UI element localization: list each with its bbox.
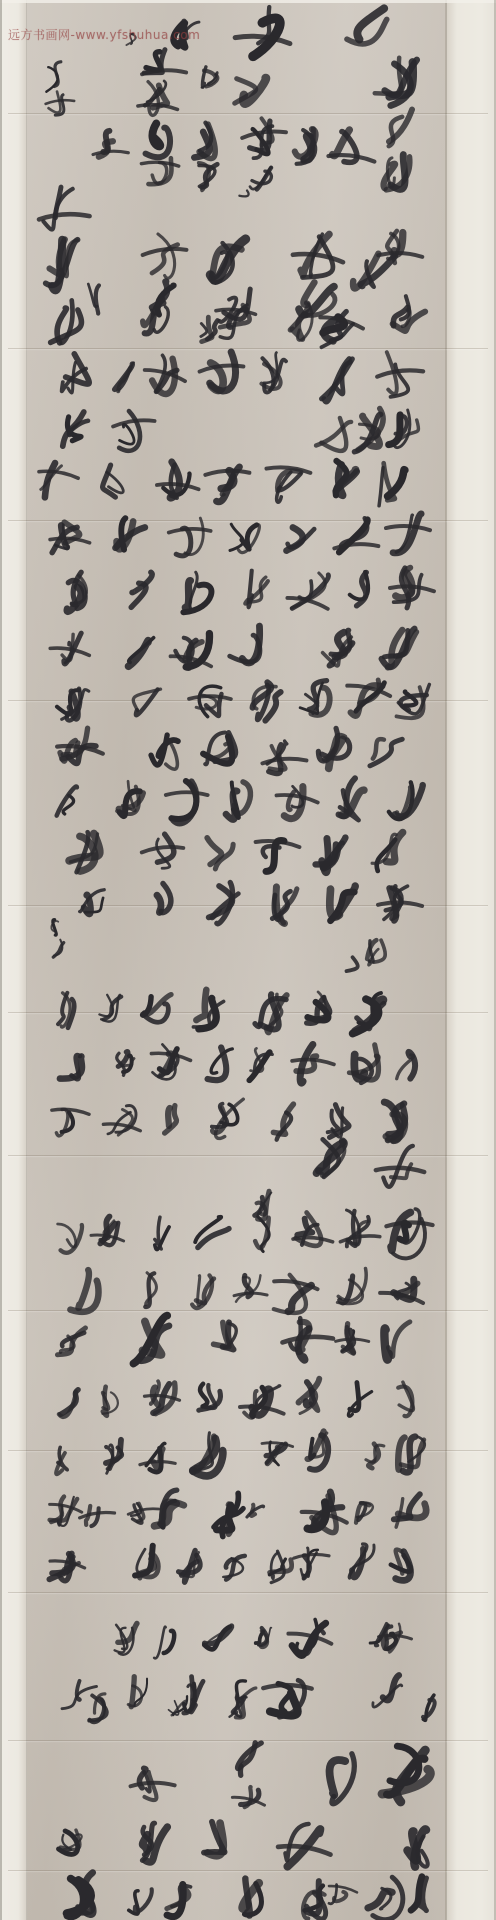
ink-cluster (291, 231, 346, 281)
ink-cluster (139, 832, 186, 872)
ink-cluster (192, 989, 225, 1029)
ink-cluster (204, 1621, 232, 1652)
ink-cluster (80, 886, 105, 917)
ink-cluster (293, 1212, 333, 1246)
ink-stroke (293, 253, 344, 263)
ink-cluster (209, 234, 245, 286)
ink-cluster (42, 62, 64, 92)
ink-stroke (141, 844, 183, 855)
ink-cluster (99, 993, 121, 1022)
ink-cluster (130, 1545, 160, 1579)
ink-cluster (53, 940, 64, 958)
ink-stroke (63, 1879, 93, 1914)
ink-cluster (307, 991, 333, 1026)
ink-cluster (189, 1274, 217, 1309)
ink-cluster (111, 363, 137, 392)
ink-stroke (383, 1113, 407, 1141)
ink-cluster (156, 461, 199, 499)
watermark-text: 远方书画网-www.yfshuhua.com (8, 26, 200, 43)
ink-cluster (373, 347, 426, 399)
ink-stroke (383, 1328, 390, 1359)
ink-cluster (390, 567, 435, 608)
ink-cluster (252, 1191, 274, 1221)
ink-cluster (223, 1552, 246, 1582)
ink-cluster (115, 1051, 134, 1077)
ink-cluster (371, 830, 402, 873)
ink-cluster (50, 522, 90, 554)
ink-cluster (203, 731, 238, 766)
ink-cluster (371, 459, 411, 505)
ink-cluster (143, 1380, 180, 1415)
ink-stroke (113, 410, 143, 453)
ink-cluster (115, 1623, 137, 1655)
ink-cluster (293, 1545, 332, 1579)
ink-cluster (324, 884, 361, 921)
ink-cluster (206, 834, 236, 869)
ink-cluster (141, 158, 179, 185)
ink-stroke (115, 367, 133, 391)
ink-stroke (195, 990, 208, 1020)
ink-cluster (149, 1043, 192, 1082)
ink-cluster (51, 300, 82, 343)
ink-cluster (389, 410, 419, 448)
ink-cluster (55, 786, 79, 815)
ink-cluster (70, 1268, 103, 1315)
ink-cluster (48, 1551, 87, 1584)
ink-cluster (381, 626, 417, 670)
ink-cluster (42, 238, 83, 291)
ink-cluster (245, 570, 269, 607)
ink-cluster (387, 110, 414, 147)
ink-cluster (299, 1488, 352, 1536)
ink-cluster (225, 519, 264, 555)
ink-stroke (157, 232, 177, 279)
ink-cluster (89, 1694, 107, 1722)
ink-stroke (166, 791, 208, 797)
ink-cluster (327, 1104, 350, 1137)
ink-cluster (57, 1323, 85, 1359)
ink-cluster (396, 1052, 416, 1079)
ink-cluster (286, 525, 314, 554)
ink-cluster (59, 412, 91, 447)
ink-cluster (129, 1766, 175, 1802)
ink-cluster (411, 1876, 430, 1912)
ink-cluster (421, 1695, 436, 1720)
ink-cluster (60, 572, 90, 612)
ink-stroke (101, 465, 116, 498)
ink-cluster (196, 1382, 222, 1410)
ink-cluster (280, 1314, 336, 1363)
ink-cluster (374, 56, 417, 107)
ink-cluster (50, 1108, 89, 1137)
ink-cluster (211, 1099, 246, 1139)
ink-cluster (381, 1100, 409, 1142)
ink-cluster (168, 517, 213, 557)
ink-cluster (315, 835, 345, 874)
ink-cluster (251, 1214, 275, 1252)
ink-cluster (349, 571, 369, 606)
ink-cluster (335, 1205, 381, 1249)
ink-cluster (138, 1443, 176, 1474)
ink-stroke (39, 470, 79, 478)
ink-stroke (389, 415, 401, 445)
ink-stroke (51, 62, 64, 87)
ink-cluster (234, 77, 267, 104)
ink-cluster (169, 627, 217, 672)
ink-cluster (356, 1502, 374, 1525)
ink-cluster (369, 738, 403, 766)
ink-stroke (45, 462, 55, 498)
ink-cluster (115, 517, 146, 553)
ink-stroke (104, 995, 122, 1020)
ink-cluster (197, 350, 247, 394)
ink-stroke (346, 957, 358, 971)
ink-cluster (335, 778, 367, 823)
ink-stroke (157, 895, 161, 912)
ink-cluster (320, 626, 355, 669)
ink-stroke (39, 211, 90, 222)
ink-cluster (383, 153, 410, 191)
ink-cluster (111, 407, 159, 453)
ink-cluster (140, 1272, 159, 1308)
ink-cluster (66, 831, 101, 873)
ink-cluster (404, 1829, 431, 1869)
ink-cluster (115, 780, 144, 816)
ink-cluster (58, 1829, 82, 1855)
ink-cluster (328, 1754, 356, 1804)
ink-stroke (290, 315, 310, 341)
ink-cluster (206, 882, 241, 925)
ink-cluster (388, 781, 423, 821)
ink-stroke (69, 691, 78, 719)
ink-cluster (375, 1146, 424, 1187)
ink-cluster (129, 569, 153, 610)
ink-stroke (117, 423, 135, 446)
ink-cluster (380, 1274, 427, 1304)
ink-cluster (346, 957, 358, 971)
ink-cluster (347, 7, 387, 44)
ink-stroke (166, 1889, 189, 1909)
ink-cluster (378, 230, 423, 263)
ink-stroke (252, 170, 272, 184)
ink-stroke (182, 518, 206, 555)
ink-cluster (150, 734, 180, 770)
ink-cluster (254, 839, 300, 873)
ink-cluster (378, 886, 423, 922)
ink-cluster (263, 1680, 313, 1718)
ink-stroke (372, 1681, 402, 1711)
ink-cluster (342, 675, 392, 722)
ink-cluster (101, 464, 124, 498)
ink-cluster (326, 1883, 358, 1908)
ink-cluster (353, 992, 384, 1035)
ink-cluster (233, 1274, 268, 1302)
ink-cluster (385, 1208, 435, 1260)
ink-stroke (326, 888, 340, 917)
ink-cluster (265, 1549, 295, 1583)
ink-cluster (276, 1821, 333, 1870)
ink-cluster (131, 685, 161, 718)
ink-cluster (199, 66, 219, 88)
ink-cluster (177, 1550, 202, 1583)
ink-cluster (157, 883, 171, 912)
ink-cluster (320, 359, 353, 402)
ink-cluster (135, 1821, 174, 1864)
ink-cluster (372, 1672, 403, 1711)
ink-cluster (100, 1386, 119, 1416)
ink-cluster (55, 1219, 87, 1254)
ink-cluster (44, 89, 76, 117)
ink-cluster (237, 1743, 262, 1776)
ink-stroke (372, 739, 385, 759)
ink-cluster (36, 461, 79, 500)
ink-stroke (145, 52, 162, 71)
ink-stroke (294, 1552, 329, 1560)
ink-cluster (265, 467, 310, 504)
ink-stroke (376, 1167, 424, 1172)
ink-cluster (252, 993, 290, 1034)
ink-stroke (152, 162, 167, 183)
ink-stroke (286, 527, 304, 553)
ink-stroke (239, 190, 249, 197)
ink-cluster (100, 1440, 127, 1474)
ink-cluster (141, 352, 190, 397)
ink-cluster (138, 80, 179, 116)
ink-cluster (166, 1884, 191, 1917)
ink-stroke (184, 581, 192, 608)
ink-stroke (248, 571, 253, 608)
ink-cluster (348, 1382, 373, 1419)
ink-cluster (249, 1048, 272, 1080)
ink-cluster (239, 190, 249, 197)
ink-stroke (49, 1503, 82, 1512)
ink-cluster (349, 1543, 374, 1579)
ink-cluster (392, 1490, 429, 1532)
ink-cluster (382, 1745, 432, 1803)
ink-cluster (252, 682, 281, 721)
ink-cluster (366, 939, 386, 965)
ink-cluster (328, 129, 376, 164)
ink-cluster (383, 1320, 410, 1360)
ink-cluster (285, 568, 334, 616)
ink-cluster (165, 780, 209, 824)
ink-cluster (231, 1784, 267, 1811)
ink-cluster (128, 635, 154, 669)
ink-cluster (398, 1436, 426, 1472)
calligraphy-scroll-photo: 远方书画网-www.yfshuhua.com (0, 0, 496, 1920)
ink-cluster (261, 1441, 293, 1465)
ink-cluster (211, 1493, 245, 1537)
ink-stroke (97, 141, 114, 157)
ink-cluster (160, 1106, 179, 1134)
ink-cluster (363, 1442, 387, 1469)
ink-cluster (260, 739, 307, 776)
ink-cluster (291, 1044, 334, 1084)
ink-cluster (206, 1047, 233, 1080)
ink-cluster (198, 163, 217, 191)
ink-cluster (181, 571, 212, 612)
ink-cluster (128, 1315, 173, 1363)
ink-cluster (386, 514, 430, 553)
ink-cluster (255, 1626, 271, 1649)
ink-cluster (347, 1045, 381, 1084)
ink-stroke (364, 1443, 381, 1469)
ink-cluster (331, 517, 378, 553)
ink-cluster (335, 1323, 370, 1355)
ink-cluster (266, 883, 304, 926)
ink-cluster (204, 1821, 230, 1857)
ink-cluster (59, 1388, 78, 1418)
ink-cluster (51, 920, 58, 936)
ink-cluster (316, 1139, 345, 1178)
ink-cluster (285, 1615, 335, 1660)
ink-cluster (389, 1549, 414, 1581)
ink-cluster (367, 1874, 406, 1920)
ink-cluster (271, 1273, 319, 1316)
ink-cluster (188, 685, 231, 717)
ink-cluster (61, 353, 93, 396)
ink-cluster (88, 282, 103, 314)
ink-cluster (192, 1431, 227, 1479)
ink-cluster (128, 1887, 152, 1915)
ink-cluster (197, 315, 222, 341)
ink-cluster (392, 295, 428, 334)
ink-cluster (49, 630, 92, 667)
ink-cluster (140, 48, 186, 77)
ink-stroke (131, 1677, 134, 1707)
ink-cluster (239, 1382, 286, 1421)
ink-cluster (297, 1379, 322, 1414)
ink-stroke (94, 285, 103, 313)
ink-cluster (247, 1505, 264, 1518)
calligraphy-ink (0, 0, 496, 1920)
ink-cluster (396, 680, 429, 721)
ink-cluster (62, 1873, 98, 1918)
ink-stroke (210, 1049, 233, 1073)
ink-cluster (128, 1677, 147, 1707)
ink-cluster (250, 166, 272, 191)
ink-cluster (78, 1502, 116, 1528)
ink-cluster (228, 626, 263, 664)
ink-cluster (238, 1876, 265, 1916)
ink-cluster (46, 1493, 84, 1529)
ink-cluster (91, 129, 129, 157)
ink-cluster (145, 123, 171, 158)
ink-cluster (274, 784, 319, 822)
ink-cluster (36, 184, 91, 231)
ink-cluster (239, 115, 289, 160)
ink-cluster (301, 1879, 333, 1920)
ink-cluster (56, 688, 90, 721)
ink-cluster (53, 991, 78, 1029)
ink-stroke (65, 353, 93, 384)
ink-cluster (56, 1447, 68, 1474)
scroll-top-edge (0, 0, 496, 3)
ink-cluster (194, 1213, 230, 1252)
ink-cluster (398, 1382, 414, 1417)
ink-cluster (273, 1104, 293, 1140)
ink-stroke (152, 123, 162, 146)
ink-cluster (294, 128, 316, 165)
ink-cluster (142, 991, 171, 1023)
ink-cluster (213, 1322, 237, 1351)
ink-cluster (316, 416, 352, 451)
ink-cluster (304, 1431, 332, 1471)
ink-cluster (234, 5, 292, 58)
ink-stroke (198, 1224, 229, 1252)
ink-stroke (103, 1123, 141, 1131)
ink-cluster (126, 1499, 161, 1526)
ink-stroke (225, 522, 245, 550)
ink-stroke (300, 1044, 313, 1083)
ink-stroke (78, 1270, 90, 1309)
ink-stroke (388, 1212, 413, 1250)
ink-cluster (56, 725, 106, 766)
ink-cluster (335, 461, 357, 496)
ink-cluster (189, 122, 216, 161)
ink-cluster (334, 1268, 368, 1305)
ink-cluster (102, 1103, 143, 1138)
ink-cluster (59, 1055, 83, 1081)
ink-cluster (316, 726, 353, 772)
ink-cluster (347, 408, 389, 452)
ink-stroke (276, 794, 318, 803)
ink-cluster (205, 466, 252, 503)
ink-cluster (148, 1625, 178, 1658)
image-left-border (0, 0, 2, 1920)
ink-cluster (90, 1215, 126, 1247)
ink-cluster (298, 680, 332, 716)
ink-cluster (258, 351, 290, 393)
ink-cluster (225, 780, 251, 821)
ink-cluster (140, 230, 191, 282)
ink-cluster (154, 1217, 170, 1250)
